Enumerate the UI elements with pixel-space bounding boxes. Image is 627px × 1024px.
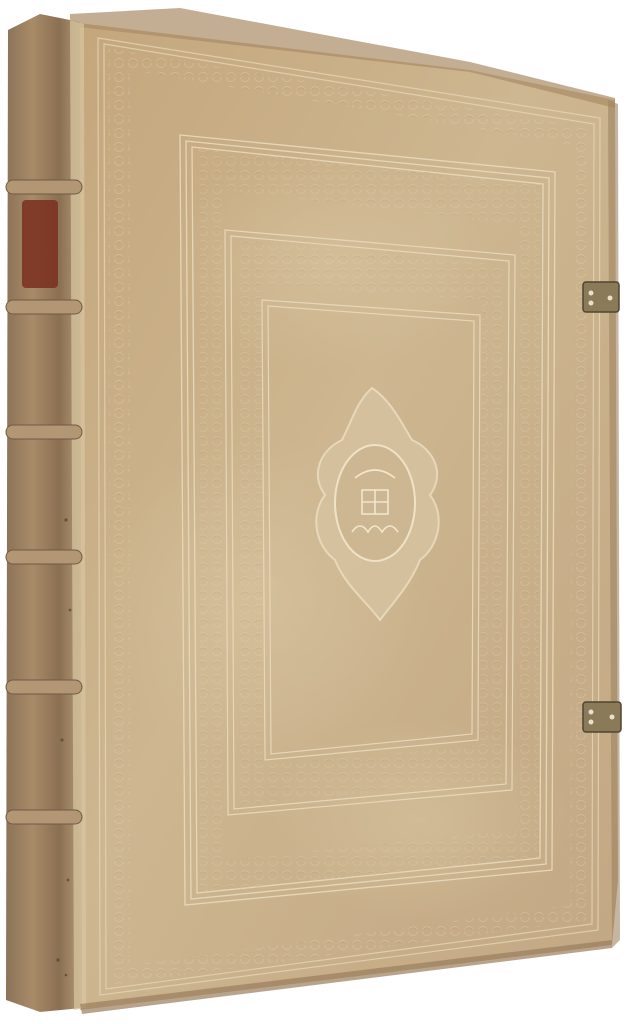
- spine-label: [22, 200, 58, 288]
- upper-clasp: [583, 282, 619, 312]
- book-photo: [0, 0, 627, 1024]
- lower-clasp: [583, 702, 621, 732]
